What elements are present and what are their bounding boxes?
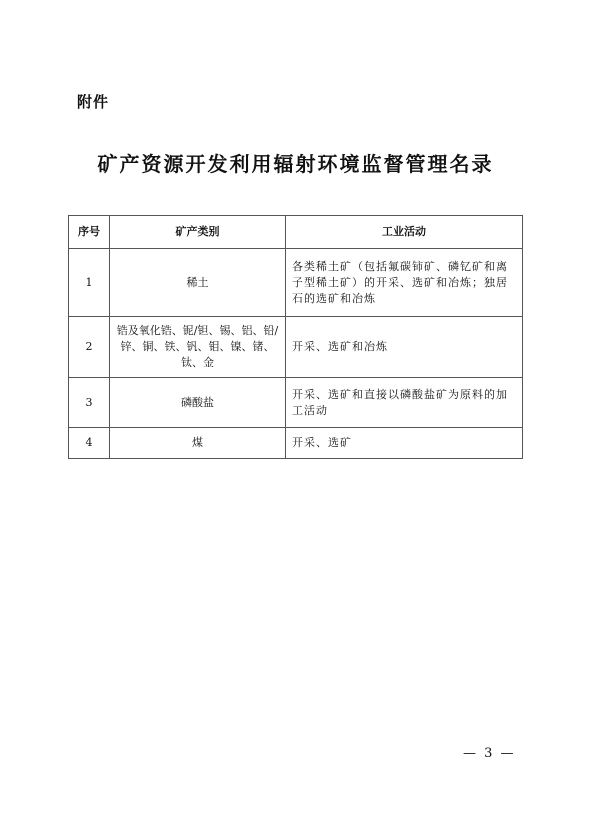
table-row: 4 煤 开采、选矿 [69,428,523,459]
table-row: 3 磷酸盐 开采、选矿和直接以磷酸盐矿为原料的加工活动 [69,378,523,428]
row-category: 锆及氧化锆、铌/钽、锡、铝、铅/锌、铜、铁、钒、钼、镍、锗、钛、金 [110,317,286,378]
row-category: 磷酸盐 [110,378,286,428]
catalog-table: 序号 矿产类别 工业活动 1 稀土 各类稀土矿（包括氟碳铈矿、磷钇矿和离子型稀土… [68,215,523,459]
row-number: 3 [69,378,110,428]
table-row: 1 稀土 各类稀土矿（包括氟碳铈矿、磷钇矿和离子型稀土矿）的开采、选矿和冶炼；独… [69,249,523,317]
header-number: 序号 [69,216,110,249]
row-activity: 各类稀土矿（包括氟碳铈矿、磷钇矿和离子型稀土矿）的开采、选矿和冶炼；独居石的选矿… [286,249,523,317]
row-number: 1 [69,249,110,317]
header-category: 矿产类别 [110,216,286,249]
row-activity: 开采、选矿 [286,428,523,459]
document-title: 矿产资源开发利用辐射环境监督管理名录 [0,148,591,177]
table-header-row: 序号 矿产类别 工业活动 [69,216,523,249]
header-activity: 工业活动 [286,216,523,249]
row-category: 稀土 [110,249,286,317]
row-activity: 开采、选矿和直接以磷酸盐矿为原料的加工活动 [286,378,523,428]
table-row: 2 锆及氧化锆、铌/钽、锡、铝、铅/锌、铜、铁、钒、钼、镍、锗、钛、金 开采、选… [69,317,523,378]
attachment-label: 附件 [77,91,109,112]
row-number: 2 [69,317,110,378]
row-number: 4 [69,428,110,459]
row-activity: 开采、选矿和冶炼 [286,317,523,378]
row-category: 煤 [110,428,286,459]
page-number: — 3 — [463,746,516,761]
